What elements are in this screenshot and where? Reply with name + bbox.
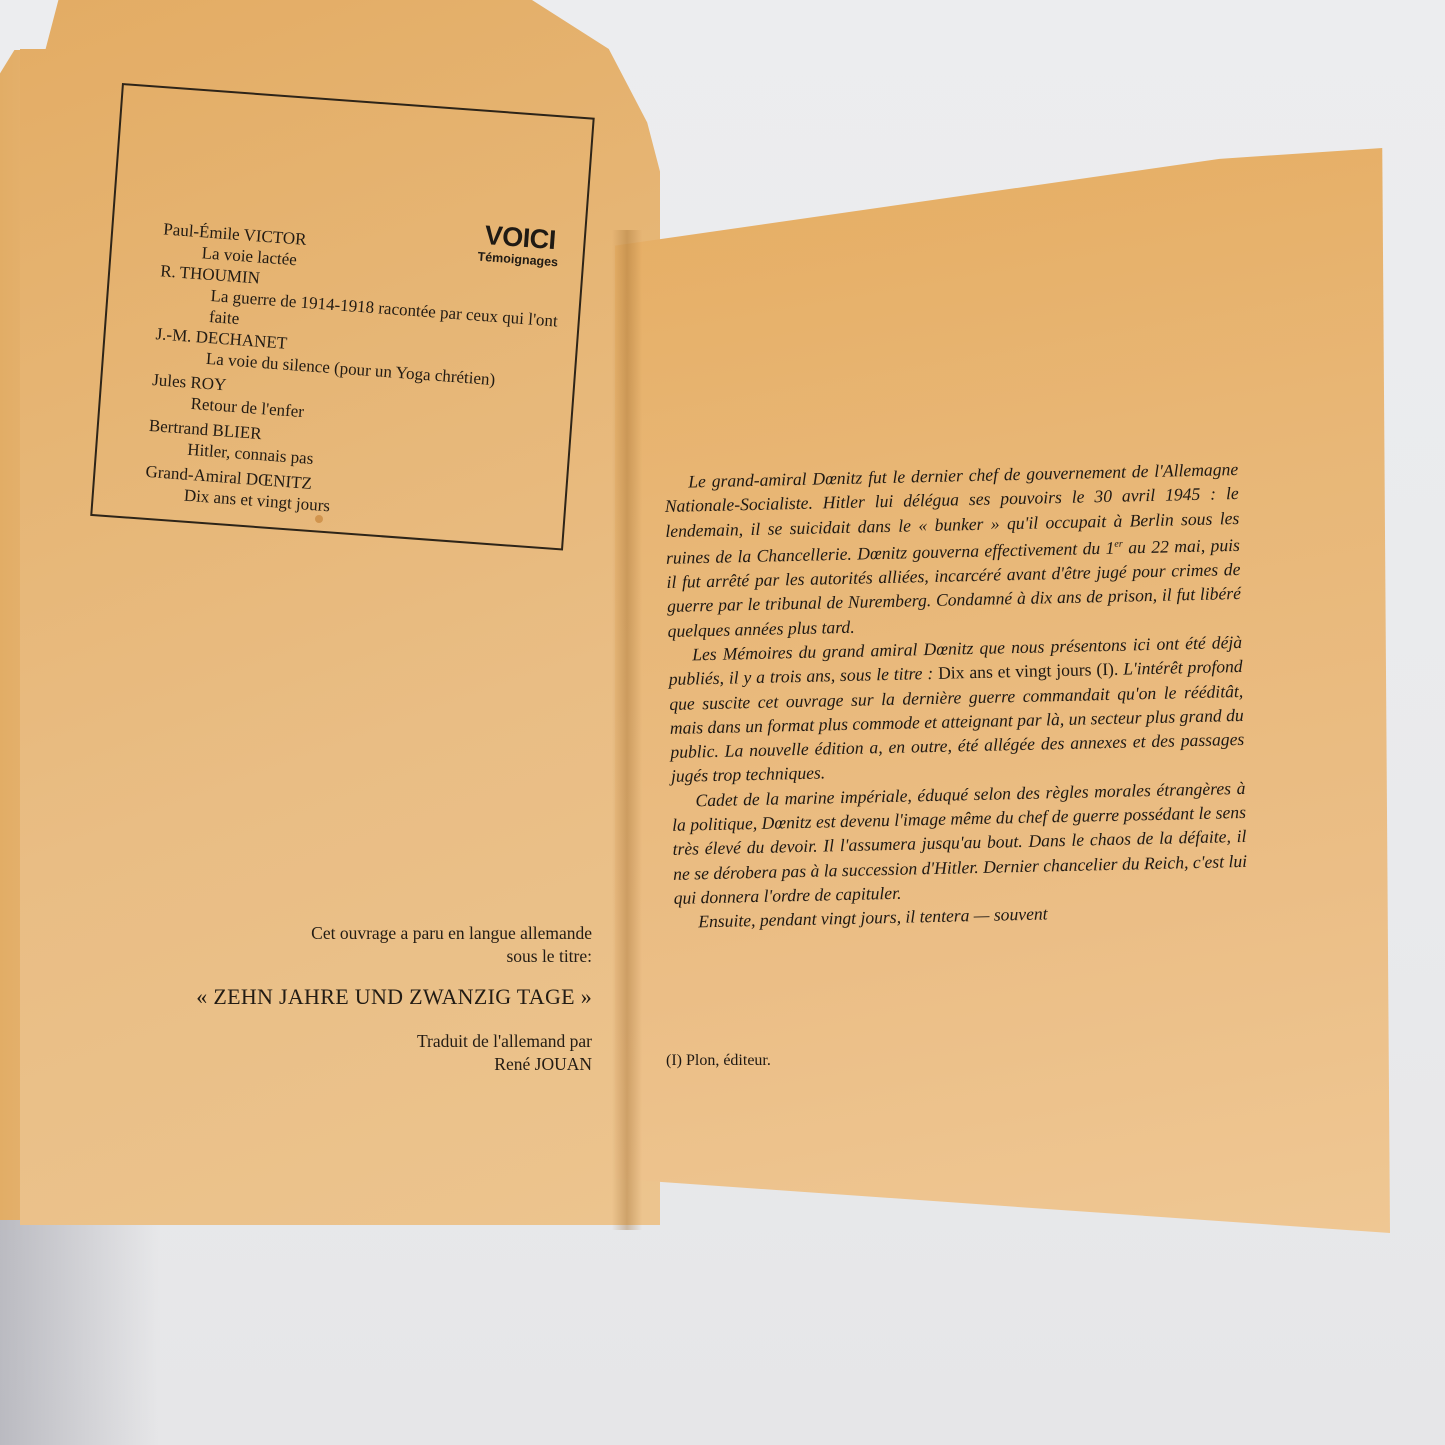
preface-paragraph: Les Mémoires du grand amiral Dœnitz que … xyxy=(668,630,1245,789)
original-note-line1: Cet ouvrage a paru en langue allemande xyxy=(120,922,592,945)
book-gutter xyxy=(612,230,642,1230)
translator-line1: Traduit de l'allemand par xyxy=(120,1030,592,1053)
collection-entries: Paul-Émile VICTORLa voie lactéeR. THOUMI… xyxy=(143,218,563,536)
preface-paragraph: Cadet de la marine impériale, éduqué sel… xyxy=(671,776,1248,910)
original-note-line2: sous le titre: xyxy=(120,945,592,968)
ink-spot xyxy=(315,515,323,523)
collection-list-box: VOICI Témoignages Paul-Émile VICTORLa vo… xyxy=(90,83,595,551)
preface-text: Le grand-amiral Dœnitz fut le dernier ch… xyxy=(664,457,1248,934)
translator-line2: René JOUAN xyxy=(120,1053,592,1076)
footnote: (I) Plon, éditeur. xyxy=(666,1052,771,1070)
original-edition-note: Cet ouvrage a paru en langue allemande s… xyxy=(120,922,592,968)
table-shadow xyxy=(0,1200,160,1445)
original-title: « ZEHN JAHRE UND ZWANZIG TAGE » xyxy=(120,984,592,1010)
preface-paragraph: Le grand-amiral Dœnitz fut le dernier ch… xyxy=(664,457,1242,643)
translator-credit: Traduit de l'allemand par René JOUAN xyxy=(120,1030,592,1076)
